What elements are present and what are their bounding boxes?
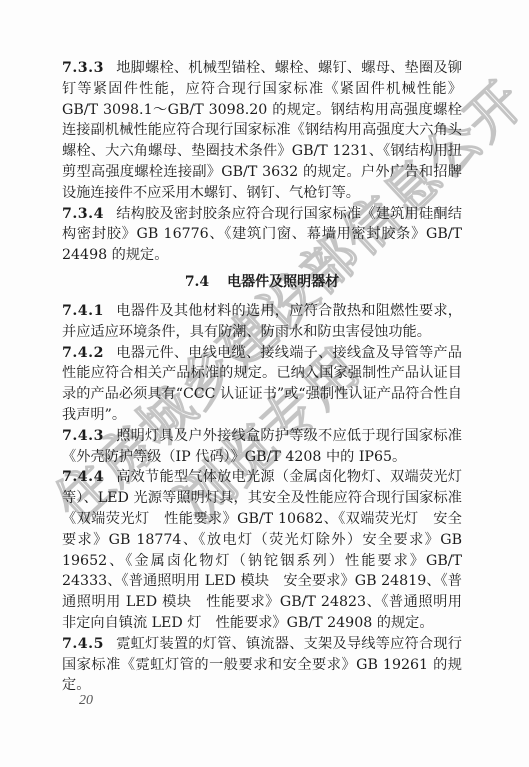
section-heading: 7.4电器件及照明器材 [62, 272, 462, 292]
page-number: 20 [79, 693, 93, 709]
clause-7-3-4: 7.3.4结构胶及密封胶条应符合现行国家标准《建筑用硅酮结构密封胶》GB 167… [62, 204, 462, 266]
clause-number: 7.4.5 [62, 636, 104, 652]
clause-text: 电器元件、电线电缆、接线端子、接线盒及导管等产品性能应符合相关产品标准的规定。已… [62, 345, 462, 423]
body-text: 7.3.3地脚螺栓、机械型锚栓、螺栓、螺钉、螺母、垫圈及铆钉等紧固件性能，应符合… [62, 58, 462, 696]
clause-text: 结构胶及密封胶条应符合现行国家标准《建筑用硅酮结构密封胶》GB 16776、《建… [62, 206, 462, 264]
clause-7-3-3: 7.3.3地脚螺栓、机械型锚栓、螺栓、螺钉、螺母、垫圈及铆钉等紧固件性能，应符合… [62, 58, 462, 204]
clause-text: 电器件及其他材料的选用，应符合散热和阻燃性要求，并应适应环境条件，具有防潮、防雨… [62, 303, 462, 340]
clause-number: 7.3.3 [62, 60, 104, 76]
clause-number: 7.4.1 [62, 303, 104, 319]
clause-text: 高效节能型气体放电光源（金属卤化物灯、双端荧光灯等）、LED 光源等照明灯具，其… [62, 469, 462, 631]
clause-7-4-2: 7.4.2电器元件、电线电缆、接线端子、接线盒及导管等产品性能应符合相关产品标准… [62, 343, 462, 426]
section-title: 电器件及照明器材 [227, 274, 339, 290]
clause-number: 7.3.4 [62, 206, 104, 222]
clause-text: 霓虹灯装置的灯管、镇流器、支架及导线等应符合现行国家标准《霓虹灯管的一般要求和安… [62, 636, 462, 694]
document-page: 住房城乡建设部信息公开 浏览专用 7.3.3地脚螺栓、机械型锚栓、螺栓、螺钉、螺… [0, 0, 529, 767]
clause-7-4-5: 7.4.5霓虹灯装置的灯管、镇流器、支架及导线等应符合现行国家标准《霓虹灯管的一… [62, 634, 462, 696]
clause-text: 地脚螺栓、机械型锚栓、螺栓、螺钉、螺母、垫圈及铆钉等紧固件性能，应符合现行国家标… [62, 60, 462, 201]
clause-7-4-1: 7.4.1电器件及其他材料的选用，应符合散热和阻燃性要求，并应适应环境条件，具有… [62, 301, 462, 343]
clause-number: 7.4.2 [62, 345, 104, 361]
section-number: 7.4 [185, 274, 209, 290]
clause-number: 7.4.3 [62, 428, 104, 444]
clause-number: 7.4.4 [62, 469, 104, 485]
clause-text: 照明灯具及户外接线盒防护等级不应低于现行国家标准《外壳防护等级（IP 代码）》G… [62, 428, 462, 465]
clause-7-4-3: 7.4.3照明灯具及户外接线盒防护等级不应低于现行国家标准《外壳防护等级（IP … [62, 426, 462, 468]
clause-7-4-4: 7.4.4高效节能型气体放电光源（金属卤化物灯、双端荧光灯等）、LED 光源等照… [62, 467, 462, 633]
